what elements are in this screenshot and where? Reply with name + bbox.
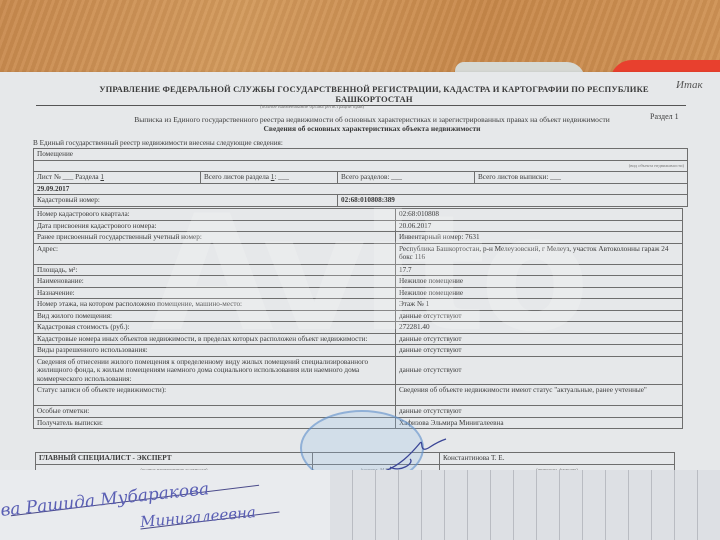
lead-text: В Единый государственный реестр недвижим… — [33, 139, 283, 147]
field-value: Сведения об объекте недвижимости имеют с… — [396, 385, 683, 406]
signature-scribble — [380, 435, 450, 475]
section-no: 1 — [100, 173, 104, 181]
sheet-no-label: Лист № — [37, 173, 61, 181]
extract-title: Выписка из Единого государственного реес… — [62, 115, 682, 124]
field-label: Статус записи об объекте недвижимости): — [34, 385, 396, 406]
field-value: Хафизова Эльмира Минигалеевна — [396, 417, 683, 429]
object-type: Помещение — [34, 149, 688, 161]
field-value: данные отсутствуют — [396, 406, 683, 418]
section-no-label: Раздела — [75, 173, 99, 181]
wooden-table-background — [0, 0, 720, 80]
extract-subtitle: Сведения об основных характеристиках объ… — [62, 124, 682, 133]
underlying-paper-right — [330, 470, 720, 540]
avito-watermark: Avito — [150, 180, 584, 367]
object-type-caption: (вид объекта недвижимости) — [34, 160, 688, 172]
authority-header: УПРАВЛЕНИЕ ФЕДЕРАЛЬНОЙ СЛУЖБЫ ГОСУДАРСТВ… — [62, 84, 686, 104]
corner-handwritten-note: Итак — [676, 79, 703, 91]
authority-caption: (полное наименование органа регистрации … — [260, 105, 364, 110]
position-title: ГЛАВНЫЙ СПЕЦИАЛИСТ - ЭКСПЕРТ — [36, 453, 313, 465]
table-row: Статус записи об объекте недвижимости):С… — [34, 385, 683, 406]
signer-name: Константинова Т. Е. — [440, 453, 675, 465]
